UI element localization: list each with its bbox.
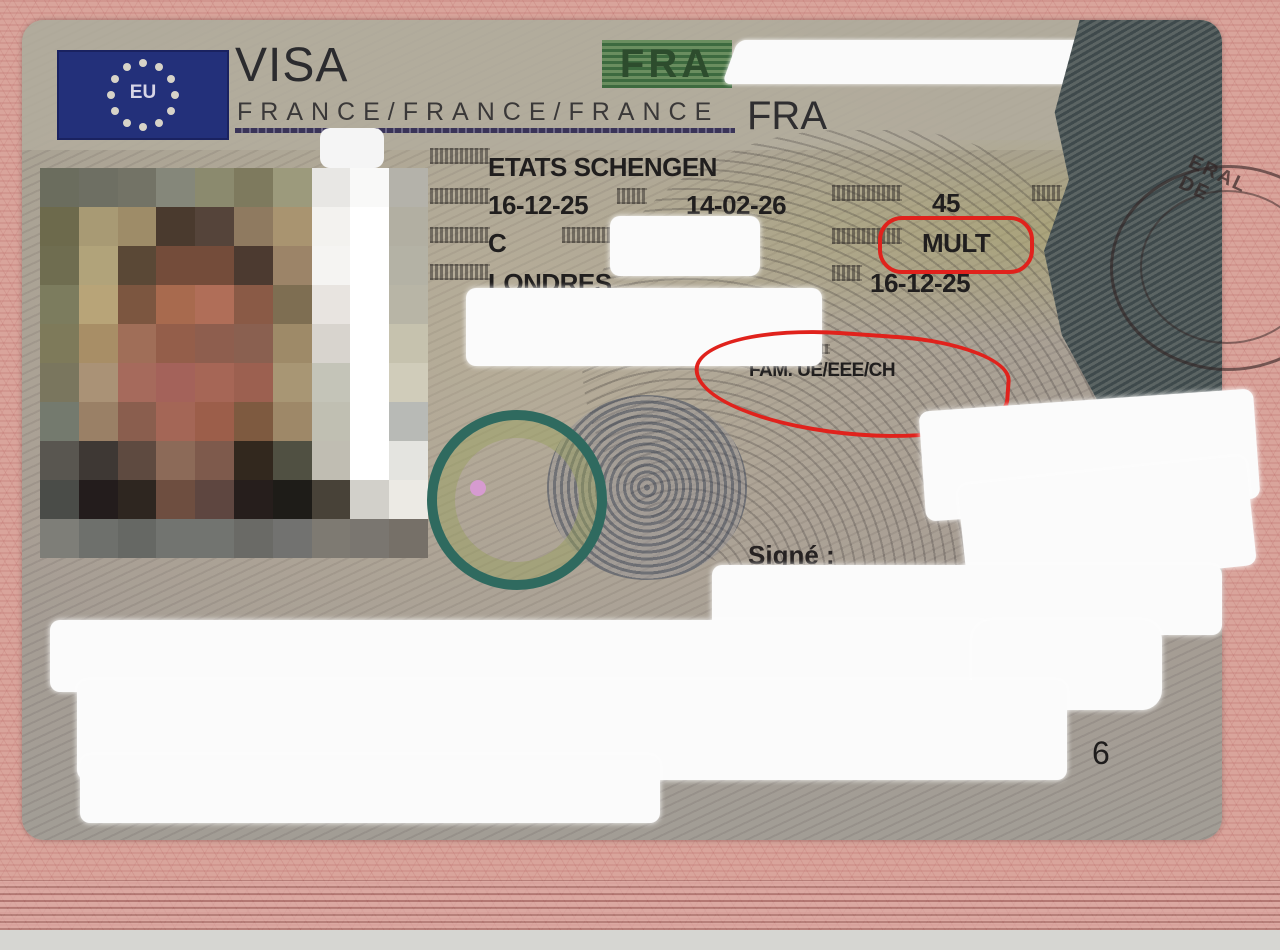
annotation-circle-entries xyxy=(878,216,1034,274)
fra-hologram: FRA xyxy=(602,40,732,88)
photo-pixel xyxy=(195,207,234,246)
photo-pixel xyxy=(40,324,79,363)
photo-pixel xyxy=(79,168,118,207)
photo-pixel xyxy=(389,441,428,480)
issuing-country-line: FRANCE/FRANCE/FRANCE xyxy=(237,98,719,127)
photo-pixel xyxy=(234,363,273,402)
photo-pixel xyxy=(389,480,428,519)
photo-pixel xyxy=(40,480,79,519)
photo-pixel xyxy=(350,519,389,558)
photo-pixel xyxy=(273,363,312,402)
photo-pixel xyxy=(312,519,351,558)
label-issued-in xyxy=(430,264,490,280)
photo-pixel xyxy=(273,324,312,363)
photo-pixel xyxy=(79,207,118,246)
photo-pixel xyxy=(273,246,312,285)
photo-pixel xyxy=(118,246,157,285)
label-type-of-visa xyxy=(430,227,490,243)
visa-number-redaction xyxy=(722,40,1118,84)
holder-photo-pixelated xyxy=(40,168,428,558)
photo-pixel xyxy=(234,168,273,207)
photo-pixel xyxy=(234,519,273,558)
photo-pixel xyxy=(389,363,428,402)
label-valid-for xyxy=(430,148,490,164)
photo-pixel xyxy=(350,168,389,207)
mrz-redaction-4 xyxy=(80,755,660,823)
photo-pixel xyxy=(312,246,351,285)
label-duration-of-stay xyxy=(832,185,902,201)
photo-pixel xyxy=(156,207,195,246)
photo-pixel xyxy=(118,363,157,402)
photo-pixel xyxy=(79,402,118,441)
photo-pixel xyxy=(389,519,428,558)
photo-pixel xyxy=(79,324,118,363)
photo-pixel xyxy=(195,168,234,207)
photo-pixel xyxy=(79,285,118,324)
photo-pixel xyxy=(156,168,195,207)
photo-pixel xyxy=(350,480,389,519)
eu-star-icon xyxy=(167,107,175,115)
photo-pixel xyxy=(350,363,389,402)
photo-pixel xyxy=(273,519,312,558)
microprint-line xyxy=(235,128,735,133)
photo-pixel xyxy=(79,363,118,402)
photo-pixel xyxy=(195,246,234,285)
photo-pixel xyxy=(350,441,389,480)
photo-pixel xyxy=(273,285,312,324)
label-days xyxy=(1032,185,1062,201)
photo-pixel xyxy=(156,285,195,324)
eu-star-icon xyxy=(111,107,119,115)
eu-star-icon xyxy=(123,63,131,71)
passport-page-stack xyxy=(0,880,1280,930)
photo-pixel xyxy=(234,480,273,519)
photo-pixel xyxy=(234,402,273,441)
photo-pixel xyxy=(273,168,312,207)
country-code: FRA xyxy=(747,94,827,139)
mrz-visible-digit: 6 xyxy=(1092,735,1110,772)
photo-pixel xyxy=(156,246,195,285)
photo-pixel xyxy=(312,363,351,402)
photo-pixel xyxy=(40,285,79,324)
photo-pixel xyxy=(118,324,157,363)
photo-pixel xyxy=(350,324,389,363)
photo-pixel xyxy=(312,207,351,246)
photo-pixel xyxy=(389,285,428,324)
photo-pixel xyxy=(234,246,273,285)
photo-pixel xyxy=(40,519,79,558)
photo-pixel xyxy=(195,519,234,558)
photo-pixel xyxy=(118,519,157,558)
photo-pixel xyxy=(234,324,273,363)
photo-pixel xyxy=(273,441,312,480)
photo-pixel xyxy=(118,402,157,441)
photo-pixel xyxy=(389,168,428,207)
photo-pixel xyxy=(195,285,234,324)
photo-pixel xyxy=(156,324,195,363)
visa-title: VISA xyxy=(235,38,348,93)
photo-pixel xyxy=(40,402,79,441)
photo-pixel xyxy=(234,207,273,246)
label-on xyxy=(832,265,862,281)
photo-pixel xyxy=(40,363,79,402)
photo-pixel xyxy=(312,441,351,480)
eu-star-icon xyxy=(123,119,131,127)
field-duration-of-stay: 45 xyxy=(932,188,960,219)
eu-star-icon xyxy=(155,119,163,127)
photo-pixel xyxy=(40,441,79,480)
photo-top-redaction xyxy=(320,128,384,168)
photo-pixel xyxy=(195,363,234,402)
photo-pixel xyxy=(118,441,157,480)
field-valid-for: ETATS SCHENGEN xyxy=(488,152,717,183)
photo-pixel xyxy=(350,285,389,324)
photo-pixel xyxy=(118,480,157,519)
hologram-seal xyxy=(427,390,757,585)
photo-pixel xyxy=(195,480,234,519)
photo-pixel xyxy=(273,207,312,246)
photo-pixel xyxy=(118,285,157,324)
label-until xyxy=(617,188,647,204)
photo-pixel xyxy=(40,168,79,207)
photo-pixel xyxy=(312,402,351,441)
photo-pixel xyxy=(273,402,312,441)
photo-pixel xyxy=(79,480,118,519)
photo-pixel xyxy=(312,168,351,207)
passport-number-redaction xyxy=(610,216,760,276)
eu-flag-icon: EU xyxy=(57,50,229,140)
photo-pixel xyxy=(195,441,234,480)
photo-pixel xyxy=(350,402,389,441)
label-from xyxy=(430,188,490,204)
photo-pixel xyxy=(312,285,351,324)
photo-pixel xyxy=(156,363,195,402)
photo-pixel xyxy=(79,246,118,285)
field-type-of-visa: C xyxy=(488,228,506,259)
photo-pixel xyxy=(234,441,273,480)
visa-sticker: EU VISA FRANCE/FRANCE/FRANCE FRA FRA ETA… xyxy=(22,20,1222,840)
photo-pixel xyxy=(40,207,79,246)
photo-pixel xyxy=(389,402,428,441)
eu-star-icon xyxy=(139,59,147,67)
photo-pixel xyxy=(156,480,195,519)
photo-pixel xyxy=(195,324,234,363)
field-from: 16-12-25 xyxy=(488,190,588,221)
photo-pixel xyxy=(79,519,118,558)
photo-pixel xyxy=(350,207,389,246)
photo-pixel xyxy=(156,441,195,480)
photo-pixel xyxy=(312,480,351,519)
photo-pixel xyxy=(389,246,428,285)
photo-pixel xyxy=(118,168,157,207)
photo-pixel xyxy=(234,285,273,324)
eu-star-icon xyxy=(155,63,163,71)
photo-pixel xyxy=(156,519,195,558)
photo-pixel xyxy=(195,402,234,441)
photo-pixel xyxy=(312,324,351,363)
photo-pixel xyxy=(118,207,157,246)
eu-label: EU xyxy=(59,82,227,104)
photo-pixel xyxy=(389,324,428,363)
photo-pixel xyxy=(79,441,118,480)
photo-pixel xyxy=(273,480,312,519)
photo-pixel xyxy=(40,246,79,285)
hologram-dot xyxy=(470,480,486,496)
table-surface xyxy=(0,930,1280,950)
photo-pixel xyxy=(389,207,428,246)
eu-star-icon xyxy=(139,123,147,131)
photo-pixel xyxy=(156,402,195,441)
photo-pixel xyxy=(350,246,389,285)
hologram-ring xyxy=(427,410,607,590)
